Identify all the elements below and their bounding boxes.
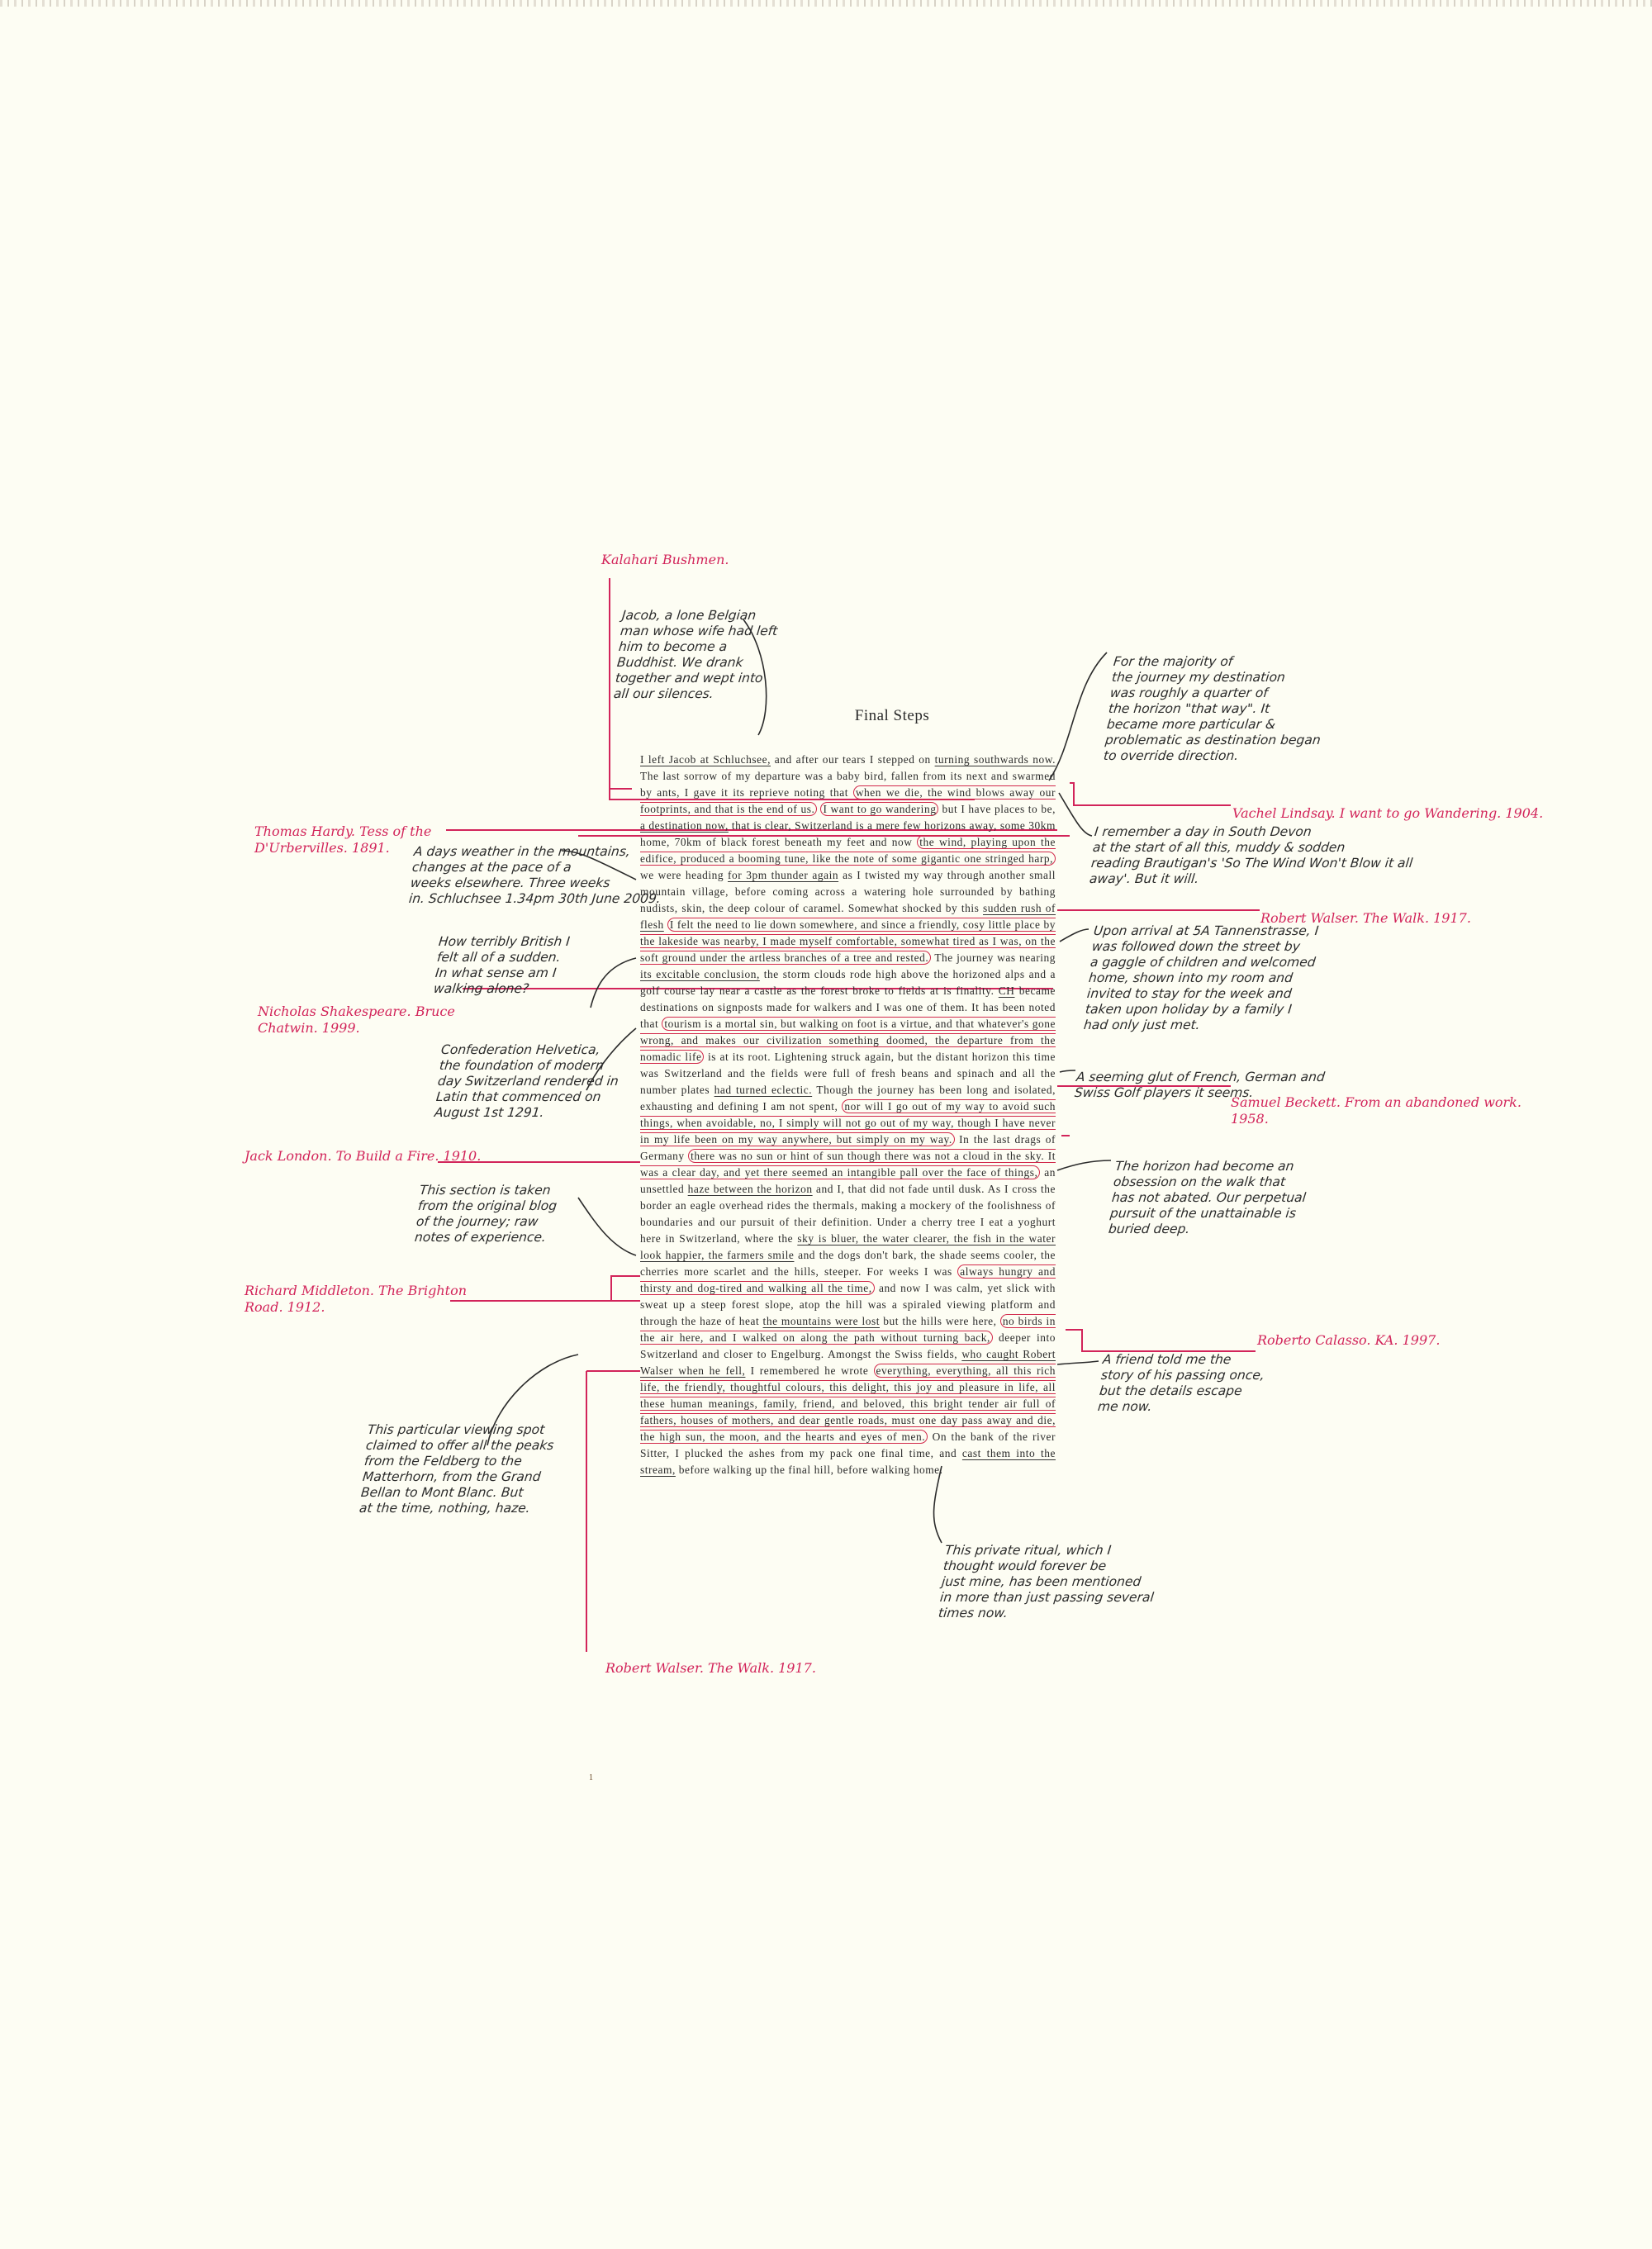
reference-kalahari: Kalahari Bushmen. xyxy=(601,552,729,568)
note-british: How terribly British I felt all of a sud… xyxy=(433,934,571,997)
underlined-phrase: turning southwards now. xyxy=(935,753,1056,766)
essay-text: The journey was nearing xyxy=(931,951,1056,964)
reference-shakespeare: Nicholas Shakespeare. Bruce Chatwin. 199… xyxy=(258,1004,455,1037)
underlined-phrase: its excitable conclusion, xyxy=(640,968,760,980)
page-number: 1 xyxy=(589,1773,593,1782)
note-friend: A friend told me the story of his passin… xyxy=(1097,1352,1267,1415)
curve-arrival xyxy=(1060,929,1089,942)
reference-lindsay: Vachel Lindsay. I want to go Wandering. … xyxy=(1232,805,1543,822)
note-viewing: This particular viewing spot claimed to … xyxy=(358,1422,556,1516)
note-golf: A seeming glut of French, German and Swi… xyxy=(1074,1070,1326,1101)
essay-text: but the hills were here, xyxy=(880,1315,1000,1327)
curve-friend xyxy=(1057,1361,1099,1364)
note-ritual: This private ritual, which I thought wou… xyxy=(938,1543,1160,1621)
essay-text: before walking up the final hill, before… xyxy=(676,1464,943,1476)
reference-london: Jack London. To Build a Fire. 1910. xyxy=(244,1148,481,1165)
essay-text: but I have places to be, xyxy=(938,803,1056,815)
reference-hardy: Thomas Hardy. Tess of the D'Urbervilles.… xyxy=(254,823,431,856)
underlined-phrase: a destination now, xyxy=(640,819,729,832)
underlined-phrase: had turned eclectic. xyxy=(714,1084,813,1096)
note-majority: For the majority of the journey my desti… xyxy=(1103,654,1330,764)
note-arrival: Upon arrival at 5A Tannenstrasse, I was … xyxy=(1083,923,1320,1033)
reference-middleton: Richard Middleton. The Brighton Road. 19… xyxy=(244,1283,467,1316)
circled-phrase: I want to go wandering xyxy=(820,802,938,816)
note-devon: I remember a day in South Devon at the s… xyxy=(1089,824,1417,887)
note-blog: This section is taken from the original … xyxy=(414,1183,559,1245)
underlined-phrase: I left Jacob at Schluchsee, xyxy=(640,753,771,766)
circled-phrase: there was no sun or hint of sun though t… xyxy=(640,1149,1056,1179)
essay-body: I left Jacob at Schluchsee, and after ou… xyxy=(640,752,1056,1478)
essay-text: and after our tears I stepped on xyxy=(771,753,935,766)
essay-title: Final Steps xyxy=(809,707,975,725)
underlined-phrase: the mountains were lost xyxy=(763,1315,880,1327)
underlined-phrase: for 3pm thunder again xyxy=(728,869,838,881)
curve-golf xyxy=(1060,1070,1075,1072)
note-horizon: The horizon had become an obsession on t… xyxy=(1108,1159,1310,1237)
reference-calasso: Roberto Calasso. KA. 1997. xyxy=(1257,1332,1440,1349)
reference-walser-bottom: Robert Walser. The Walk. 1917. xyxy=(605,1660,816,1677)
underlined-phrase: CH xyxy=(999,985,1015,997)
curve-blog xyxy=(578,1198,636,1255)
curve-british xyxy=(591,958,636,1008)
scan-edge-strip xyxy=(0,0,1652,7)
essay-text: I remembered he wrote xyxy=(745,1364,873,1377)
note-weather: A days weather in the mountains, changes… xyxy=(408,844,667,907)
note-jacob: Jacob, a lone Belgian man whose wife had… xyxy=(613,608,780,702)
underlined-phrase: haze between the horizon xyxy=(688,1183,813,1195)
curve-devon xyxy=(1059,793,1092,836)
curve-majority xyxy=(1049,652,1107,781)
curve-horizon xyxy=(1057,1160,1111,1170)
note-helvetica: Confederation Helvetica, the foundation … xyxy=(434,1042,623,1121)
essay-paragraph: I left Jacob at Schluchsee, and after ou… xyxy=(640,752,1056,1478)
